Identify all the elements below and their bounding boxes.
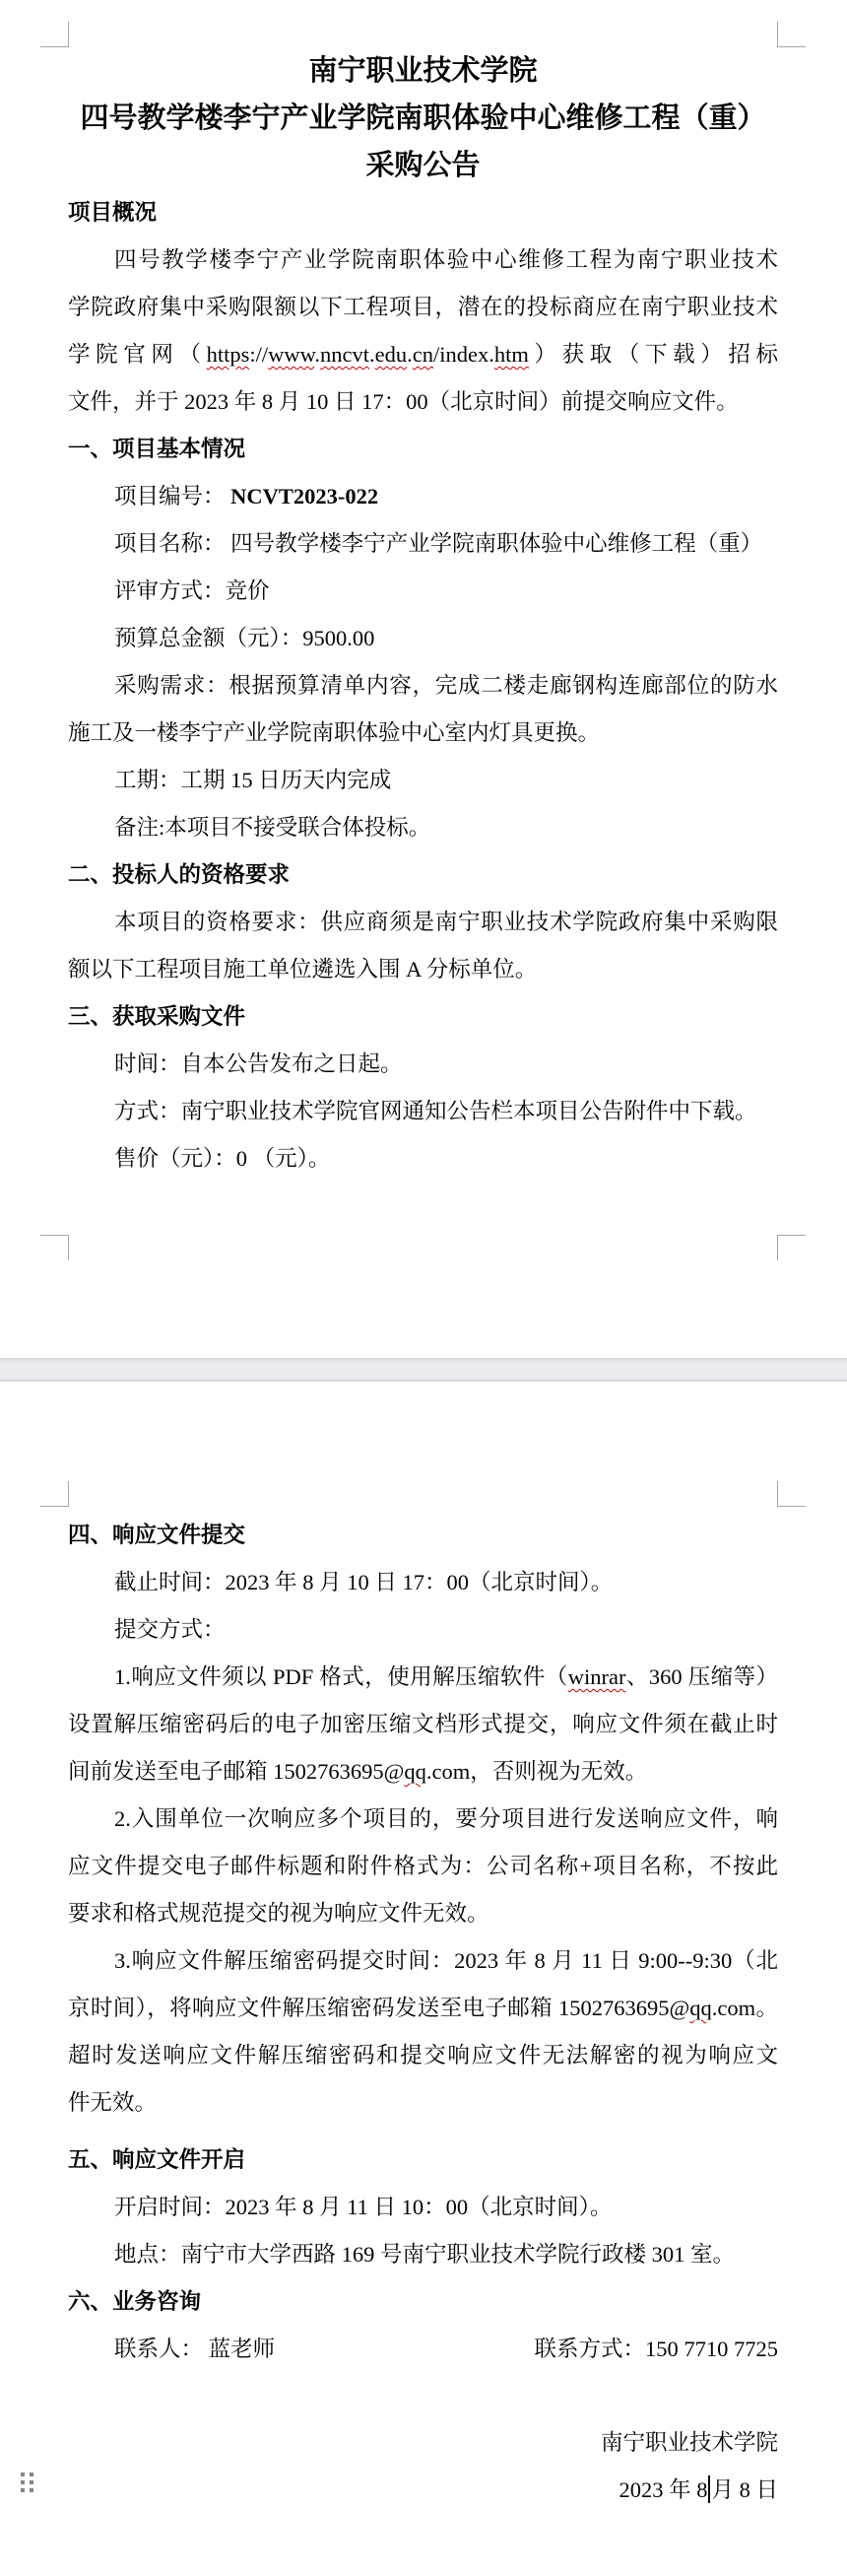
spellcheck-flagged-text: https: [207, 342, 250, 367]
text-run: 工期：工期 15 日历天内完成: [114, 768, 391, 792]
text-run: 四号教学楼李宁产业学院南职体验中心维修工程为南宁职业技术: [114, 247, 778, 272]
contact-line: 联系人： 蓝老师联系方式：150 7710 7725: [68, 2326, 778, 2373]
body-text-line: 设置解压缩密码后的电子加密压缩文档形式提交，响应文件须在截止时: [68, 1701, 778, 1748]
text-run: 京时间），将响应文件解压缩密码发送至电子邮箱 1502763695@: [68, 1996, 689, 2020]
body-text-line: 学院官网（https://www.nncvt.edu.cn/index.htm）…: [68, 331, 778, 378]
crop-mark-top-right-icon: [777, 1481, 806, 1507]
spellcheck-flagged-text: nncvt: [320, 342, 369, 367]
text-run: ）获取（下载）招标: [529, 342, 778, 367]
text-run: 三、获取采购文件: [68, 1004, 245, 1029]
text-run: 超时发送响应文件解压缩密码和提交响应文件无法解密的视为响应文: [68, 2043, 778, 2068]
page-separator: [0, 1358, 847, 1382]
text-run: 采购需求：根据预算清单内容，完成二楼走廊钢构连廊部位的防水: [114, 673, 778, 698]
text-run: 额以下工程项目施工单位遴选入围 A 分标单位。: [68, 957, 537, 982]
text-run: 售价（元）：0 （元）。: [114, 1146, 330, 1171]
spellcheck-flagged-text: winrar: [568, 1664, 626, 1689]
body-text-line: 开启时间：2023 年 8 月 11 日 10：00（北京时间）。: [68, 2184, 778, 2231]
contact-phone: 联系方式：150 7710 7725: [534, 2326, 778, 2373]
body-text-line: 方式：南宁职业技术学院官网通知公告栏本项目公告附件中下载。: [68, 1088, 778, 1135]
body-text-line: 四号教学楼李宁产业学院南职体验中心维修工程为南宁职业技术: [68, 237, 778, 284]
text-run: 2023 年 8: [619, 2477, 707, 2502]
body-text-line: 备注:本项目不接受联合体投标。: [68, 804, 778, 851]
text-run: 设置解压缩密码后的电子加密压缩文档形式提交，响应文件须在截止时: [68, 1712, 778, 1736]
text-run: 本项目的资格要求：供应商须是南宁职业技术学院政府集中采购限: [114, 910, 778, 934]
text-run: 1.响应文件须以 PDF 格式，使用解压缩软件（: [114, 1664, 568, 1689]
section-heading: 三、获取采购文件: [68, 993, 778, 1041]
page-1-content: 南宁职业技术学院四号教学楼李宁产业学院南职体验中心维修工程（重）采购公告项目概况…: [68, 47, 778, 1183]
text-run: 项目概况: [68, 200, 157, 225]
body-text-line: 预算总金额（元）：9500.00: [68, 615, 778, 662]
text-run: 间前发送至电子邮箱 1502763695@: [68, 1759, 404, 1784]
section-heading: 项目概况: [68, 189, 778, 237]
body-text-line: 项目名称： 四号教学楼李宁产业学院南职体验中心维修工程（重）: [68, 520, 778, 568]
text-run: 件无效。: [68, 2090, 157, 2115]
spellcheck-flagged-text: qq: [404, 1759, 426, 1784]
body-text-line: 京时间），将响应文件解压缩密码发送至电子邮箱 1502763695@qq.com…: [68, 1985, 778, 2032]
section-heading: 四、响应文件提交: [68, 1512, 778, 1559]
body-text-line: 间前发送至电子邮箱 1502763695@qq.com，否则视为无效。: [68, 1748, 778, 1796]
text-run: 四、响应文件提交: [68, 1523, 245, 1547]
text-run: 四号教学楼李宁产业学院南职体验中心维修工程（重）: [80, 102, 765, 134]
text-run: 施工及一楼李宁产业学院南职体验中心室内灯具更换。: [68, 720, 600, 745]
body-text-line: 地点：南宁市大学西路 169 号南宁职业技术学院行政楼 301 室。: [68, 2231, 778, 2278]
text-run: 预算总金额（元）：9500.00: [114, 626, 374, 650]
crop-mark-bottom-right-icon: [777, 1235, 806, 1260]
text-run: 二、投标人的资格要求: [68, 862, 290, 887]
body-text-line: 文件，并于 2023 年 8 月 10 日 17：00（北京时间）前提交响应文件…: [68, 378, 778, 426]
body-text-line: 截止时间：2023 年 8 月 10 日 17：00（北京时间）。: [68, 1559, 778, 1606]
body-text-line: 施工及一楼李宁产业学院南职体验中心室内灯具更换。: [68, 710, 778, 757]
text-run: 截止时间：2023 年 8 月 10 日 17：00（北京时间）。: [114, 1570, 613, 1594]
text-run: 要求和格式规范提交的视为响应文件无效。: [68, 1901, 489, 1926]
document-title-line: 四号教学楼李宁产业学院南职体验中心维修工程（重）: [68, 95, 778, 142]
text-run: 文件，并于 2023 年 8 月 10 日 17：00（北京时间）前提交响应文件…: [68, 389, 739, 414]
text-run: 项目名称： 四号教学楼李宁产业学院南职体验中心维修工程（重）: [114, 531, 762, 556]
text-run: 开启时间：2023 年 8 月 11 日 10：00（北京时间）。: [114, 2195, 612, 2219]
text-run: 地点：南宁市大学西路 169 号南宁职业技术学院行政楼 301 室。: [114, 2242, 735, 2267]
section-heading: 六、业务咨询: [68, 2278, 778, 2326]
body-text-line: 额以下工程项目施工单位遴选入围 A 分标单位。: [68, 946, 778, 993]
document-title-line: 南宁职业技术学院: [68, 47, 778, 95]
signature-organization: 南宁职业技术学院: [68, 2419, 778, 2467]
body-text-line: 提交方式：: [68, 1606, 778, 1654]
crop-mark-top-left-icon: [40, 22, 69, 47]
body-text-line: 本项目的资格要求：供应商须是南宁职业技术学院政府集中采购限: [68, 899, 778, 946]
text-run: ://: [249, 342, 268, 367]
text-run: 评审方式：竞价: [114, 578, 270, 603]
text-run: 一、项目基本情况: [68, 437, 245, 461]
text-run: 学院官网（: [68, 342, 207, 367]
body-text-line: 售价（元）：0 （元）。: [68, 1135, 778, 1183]
spellcheck-flagged-text: edu: [375, 342, 408, 367]
section-heading: 五、响应文件开启: [68, 2136, 778, 2184]
drag-handle-icon[interactable]: [21, 2473, 33, 2492]
text-run: 五、响应文件开启: [68, 2147, 245, 2172]
text-run: 南宁职业技术学院: [601, 2430, 778, 2455]
text-run: 项目编号：: [114, 484, 230, 508]
text-run: 六、业务咨询: [68, 2289, 201, 2314]
section-heading: 一、项目基本情况: [68, 426, 778, 473]
page-2-content: 四、响应文件提交截止时间：2023 年 8 月 10 日 17：00（北京时间）…: [68, 1512, 778, 2514]
text-run: 方式：南宁职业技术学院官网通知公告栏本项目公告附件中下载。: [114, 1099, 757, 1123]
crop-mark-bottom-left-icon: [40, 1235, 69, 1260]
contact-person: 联系人： 蓝老师: [114, 2326, 275, 2373]
spellcheck-flagged-text: htm: [494, 342, 529, 367]
body-text-line: 件无效。: [68, 2079, 778, 2127]
signature-date: 2023 年 8月 8 日: [68, 2467, 778, 2514]
spellcheck-flagged-text: cn: [413, 342, 433, 367]
text-run: 南宁职业技术学院: [308, 55, 537, 87]
text-run: .com，否则视为无效。: [426, 1759, 647, 1784]
body-text-line: 要求和格式规范提交的视为响应文件无效。: [68, 1890, 778, 1937]
text-run: NCVT2023-022: [230, 484, 378, 508]
text-run: 应文件提交电子邮件标题和附件格式为：公司名称+项目名称，不按此: [68, 1854, 778, 1878]
text-run: .com。: [712, 1996, 778, 2020]
body-text-line: 1.响应文件须以 PDF 格式，使用解压缩软件（winrar、360 压缩等）: [68, 1654, 778, 1701]
body-text-line: 采购需求：根据预算清单内容，完成二楼走廊钢构连廊部位的防水: [68, 662, 778, 710]
text-run: 3.响应文件解压缩密码提交时间：2023 年 8 月 11 日 9:00--9:…: [114, 1948, 778, 1973]
body-text-line: 应文件提交电子邮件标题和附件格式为：公司名称+项目名称，不按此: [68, 1843, 778, 1890]
crop-mark-top-right-icon: [777, 22, 806, 47]
spellcheck-flagged-text: www: [268, 342, 314, 367]
body-text-line: 超时发送响应文件解压缩密码和提交响应文件无法解密的视为响应文: [68, 2032, 778, 2079]
body-text-line: 时间：自本公告发布之日起。: [68, 1041, 778, 1088]
text-run: 提交方式：: [114, 1617, 226, 1642]
text-run: 备注:本项目不接受联合体投标。: [114, 815, 430, 840]
text-run: 2.入围单位一次响应多个项目的，要分项目进行发送响应文件，响: [114, 1806, 778, 1831]
body-text-line: 项目编号： NCVT2023-022: [68, 473, 778, 520]
text-run: /index.: [433, 342, 494, 367]
text-run: 月 8 日: [711, 2477, 778, 2502]
body-text-line: 2.入围单位一次响应多个项目的，要分项目进行发送响应文件，响: [68, 1796, 778, 1843]
body-text-line: 学院政府集中采购限额以下工程项目，潜在的投标商应在南宁职业技术: [68, 284, 778, 331]
body-text-line: 评审方式：竞价: [68, 568, 778, 615]
text-run: 采购公告: [365, 150, 480, 181]
section-heading: 二、投标人的资格要求: [68, 851, 778, 899]
document-editor-canvas: { "app": { "page_background": "#ffffff",…: [0, 0, 847, 2576]
text-run: 、360 压缩等）: [625, 1664, 778, 1689]
body-text-line: 工期：工期 15 日历天内完成: [68, 757, 778, 804]
text-run: 学院政府集中采购限额以下工程项目，潜在的投标商应在南宁职业技术: [68, 295, 778, 319]
text-run: 时间：自本公告发布之日起。: [114, 1051, 403, 1076]
spellcheck-flagged-text: qq: [689, 1996, 712, 2020]
body-text-line: 3.响应文件解压缩密码提交时间：2023 年 8 月 11 日 9:00--9:…: [68, 1937, 778, 1985]
crop-mark-top-left-icon: [40, 1481, 69, 1507]
document-title-line: 采购公告: [68, 142, 778, 189]
